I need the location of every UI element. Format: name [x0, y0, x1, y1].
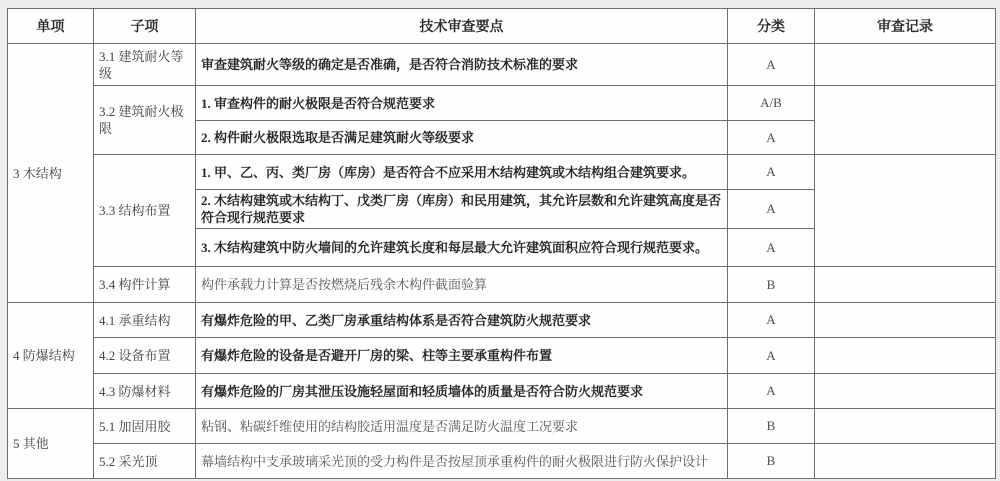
item-cell-4: 4 防爆结构 — [8, 303, 94, 409]
table-row: 3 木结构 3.1 建筑耐火等级 审查建筑耐火等级的确定是否准确，是否符合消防技… — [8, 44, 996, 86]
point-cell-3-2-1: 1. 审查构件的耐火极限是否符合规范要求 — [196, 86, 728, 121]
category-cell-4-2-1: A — [728, 338, 815, 374]
category-cell-3-4-1: B — [728, 267, 815, 303]
category-cell-4-1-1: A — [728, 303, 815, 338]
category-cell-3-3-2: A — [728, 190, 815, 229]
header-review-record: 审查记录 — [815, 9, 996, 44]
record-cell-4-2 — [815, 338, 996, 374]
category-cell-3-3-1: A — [728, 155, 815, 190]
point-cell-3-1-1: 审查建筑耐火等级的确定是否准确，是否符合消防技术标准的要求 — [196, 44, 728, 86]
subitem-cell-5-2: 5.2 采光顶 — [94, 444, 196, 479]
record-cell-5-1 — [815, 409, 996, 444]
category-cell-4-3-1: A — [728, 374, 815, 409]
header-category: 分类 — [728, 9, 815, 44]
record-cell-3-1 — [815, 44, 996, 86]
point-cell-3-3-1: 1. 甲、乙、丙、类厂房（库房）是否符合不应采用木结构建筑或木结构组合建筑要求。 — [196, 155, 728, 190]
subitem-cell-5-1: 5.1 加固用胶 — [94, 409, 196, 444]
point-cell-3-3-2: 2. 木结构建筑或木结构丁、戊类厂房（库房）和民用建筑，其允许层数和允许建筑高度… — [196, 190, 728, 229]
point-cell-5-1-1: 粘钢、粘碳纤维使用的结构胶适用温度是否满足防火温度工况要求 — [196, 409, 728, 444]
category-cell-5-1-1: B — [728, 409, 815, 444]
subitem-cell-3-2: 3.2 建筑耐火极限 — [94, 86, 196, 155]
table-row: 5 其他 5.1 加固用胶 粘钢、粘碳纤维使用的结构胶适用温度是否满足防火温度工… — [8, 409, 996, 444]
document-page: 单项 子项 技术审查要点 分类 审查记录 3 木结构 3.1 建筑耐火等级 审查… — [0, 0, 1000, 481]
header-item: 单项 — [8, 9, 94, 44]
item-cell-3: 3 木结构 — [8, 44, 94, 303]
subitem-cell-3-4: 3.4 构件计算 — [94, 267, 196, 303]
record-cell-4-3 — [815, 374, 996, 409]
subitem-cell-3-3: 3.3 结构布置 — [94, 155, 196, 267]
record-cell-5-2 — [815, 444, 996, 479]
table-row: 3.3 结构布置 1. 甲、乙、丙、类厂房（库房）是否符合不应采用木结构建筑或木… — [8, 155, 996, 190]
subitem-cell-4-1: 4.1 承重结构 — [94, 303, 196, 338]
technical-review-table: 单项 子项 技术审查要点 分类 审查记录 3 木结构 3.1 建筑耐火等级 审查… — [7, 8, 996, 479]
header-row: 单项 子项 技术审查要点 分类 审查记录 — [8, 9, 996, 44]
table-row: 3.2 建筑耐火极限 1. 审查构件的耐火极限是否符合规范要求 A/B — [8, 86, 996, 121]
point-cell-5-2-1: 幕墙结构中支承玻璃采光顶的受力构件是否按屋顶承重构件的耐火极限进行防火保护设计 — [196, 444, 728, 479]
record-cell-3-2 — [815, 86, 996, 155]
table-row: 3.4 构件计算 构件承载力计算是否按燃烧后残余木构件截面验算 B — [8, 267, 996, 303]
header-review-points: 技术审查要点 — [196, 9, 728, 44]
category-cell-3-3-3: A — [728, 229, 815, 267]
category-cell-3-1-1: A — [728, 44, 815, 86]
point-cell-4-2-1: 有爆炸危险的设备是否避开厂房的梁、柱等主要承重构件布置 — [196, 338, 728, 374]
subitem-cell-4-2: 4.2 设备布置 — [94, 338, 196, 374]
record-cell-4-1 — [815, 303, 996, 338]
header-subitem: 子项 — [94, 9, 196, 44]
point-cell-3-4-1: 构件承载力计算是否按燃烧后残余木构件截面验算 — [196, 267, 728, 303]
table-row: 4.3 防爆材料 有爆炸危险的厂房其泄压设施轻屋面和轻质墙体的质量是否符合防火规… — [8, 374, 996, 409]
table-row: 4.2 设备布置 有爆炸危险的设备是否避开厂房的梁、柱等主要承重构件布置 A — [8, 338, 996, 374]
table-row: 4 防爆结构 4.1 承重结构 有爆炸危险的甲、乙类厂房承重结构体系是否符合建筑… — [8, 303, 996, 338]
point-cell-3-3-3: 3. 木结构建筑中防火墙间的允许建筑长度和每层最大允许建筑面积应符合现行规范要求… — [196, 229, 728, 267]
record-cell-3-3 — [815, 155, 996, 267]
subitem-cell-4-3: 4.3 防爆材料 — [94, 374, 196, 409]
record-cell-3-4 — [815, 267, 996, 303]
category-cell-3-2-1: A/B — [728, 86, 815, 121]
category-cell-3-2-2: A — [728, 121, 815, 155]
category-cell-5-2-1: B — [728, 444, 815, 479]
subitem-cell-3-1: 3.1 建筑耐火等级 — [94, 44, 196, 86]
point-cell-4-1-1: 有爆炸危险的甲、乙类厂房承重结构体系是否符合建筑防火规范要求 — [196, 303, 728, 338]
point-cell-3-2-2: 2. 构件耐火极限选取是否满足建筑耐火等级要求 — [196, 121, 728, 155]
point-cell-4-3-1: 有爆炸危险的厂房其泄压设施轻屋面和轻质墙体的质量是否符合防火规范要求 — [196, 374, 728, 409]
table-row: 5.2 采光顶 幕墙结构中支承玻璃采光顶的受力构件是否按屋顶承重构件的耐火极限进… — [8, 444, 996, 479]
item-cell-5: 5 其他 — [8, 409, 94, 479]
